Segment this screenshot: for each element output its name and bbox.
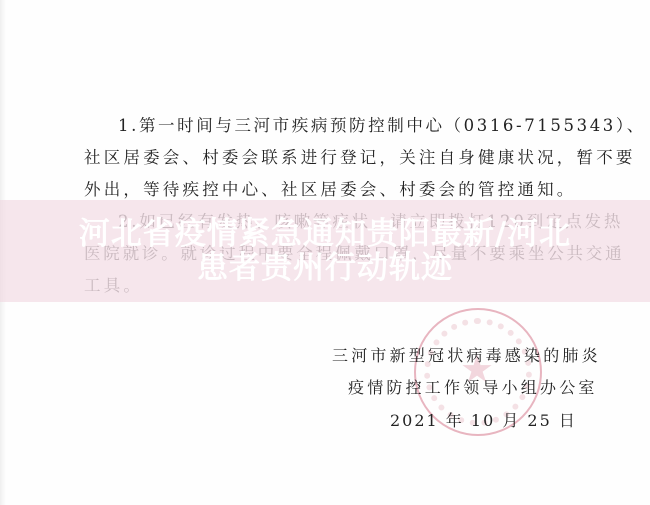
paragraph-line-1: 1.第一时间与三河市疾病预防控制中心（0316-7155343）、 [118,112,646,136]
headline-line-2: 患者贵州行动轨迹 [197,251,453,285]
headline-line-1: 河北省疫情紧急通知贵阳最新/河北 [79,217,571,251]
signature-org-line-1: 三河市新型冠状病毒感染的肺炎 [332,343,601,366]
signature-date: 2021 年 10 月 25 日 [390,408,577,431]
paragraph-line-3: 外出，等待疾控中心、社区居委会、村委会的管控通知。 [84,176,577,200]
paragraph-line-2: 社区居委会、村委会联系进行登记，关注自身健康状况，暂不要 [84,144,636,168]
headline-title: 河北省疫情紧急通知贵阳最新/河北 患者贵州行动轨迹 [0,200,650,302]
signature-org-line-2: 疫情防控工作领导小组办公室 [348,375,598,398]
